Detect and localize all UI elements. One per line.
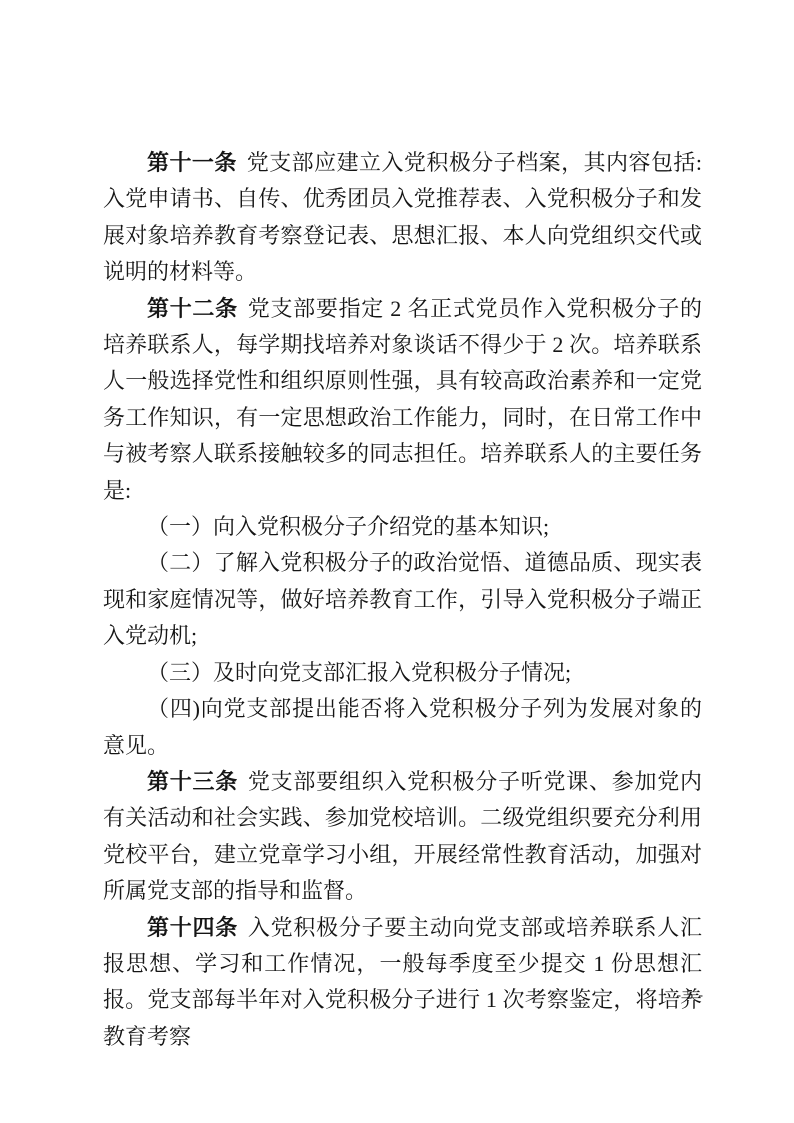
article-heading: 第十四条 [147,915,238,940]
paragraph-text: （四)向党支部提出能否将入党积极分子列为发展对象的意见。 [103,696,702,757]
article-heading: 第十三条 [147,769,238,794]
paragraph: 第十四条入党积极分子要主动向党支部或培养联系人汇报思想、学习和工作情况，一般每季… [103,910,702,1056]
paragraph: （一）向入党积极分子介绍党的基本知识; [103,509,702,545]
article-heading: 第十二条 [147,296,238,321]
document-page: 第十一条党支部应建立入党积极分子档案，其内容包括: 入党申请书、自传、优秀团员入… [0,0,794,1123]
article-heading: 第十一条 [147,150,237,175]
page-number: - 5 - [677,987,705,1003]
paragraph-text: 党支部要指定 2 名正式党员作入党积极分子的培养联系人，每学期找培养对象谈话不得… [103,296,702,503]
paragraph: 第十二条党支部要指定 2 名正式党员作入党积极分子的培养联系人，每学期找培养对象… [103,291,702,509]
paragraph: （四)向党支部提出能否将入党积极分子列为发展对象的意见。 [103,691,702,764]
paragraph-text: （三）及时向党支部汇报入党积极分子情况; [147,660,571,685]
paragraph: （三）及时向党支部汇报入党积极分子情况; [103,655,702,691]
paragraph: 第十一条党支部应建立入党积极分子档案，其内容包括: 入党申请书、自传、优秀团员入… [103,145,702,291]
document-body: 第十一条党支部应建立入党积极分子档案，其内容包括: 入党申请书、自传、优秀团员入… [103,145,702,1055]
paragraph-text: （二）了解入党积极分子的政治觉悟、道德品质、现实表现和家庭情况等，做好培养教育工… [103,550,702,648]
paragraph: （二）了解入党积极分子的政治觉悟、道德品质、现实表现和家庭情况等，做好培养教育工… [103,545,702,654]
paragraph-text: （一）向入党积极分子介绍党的基本知识; [147,514,549,539]
paragraph: 第十三条党支部要组织入党积极分子听党课、参加党内有关活动和社会实践、参加党校培训… [103,764,702,910]
